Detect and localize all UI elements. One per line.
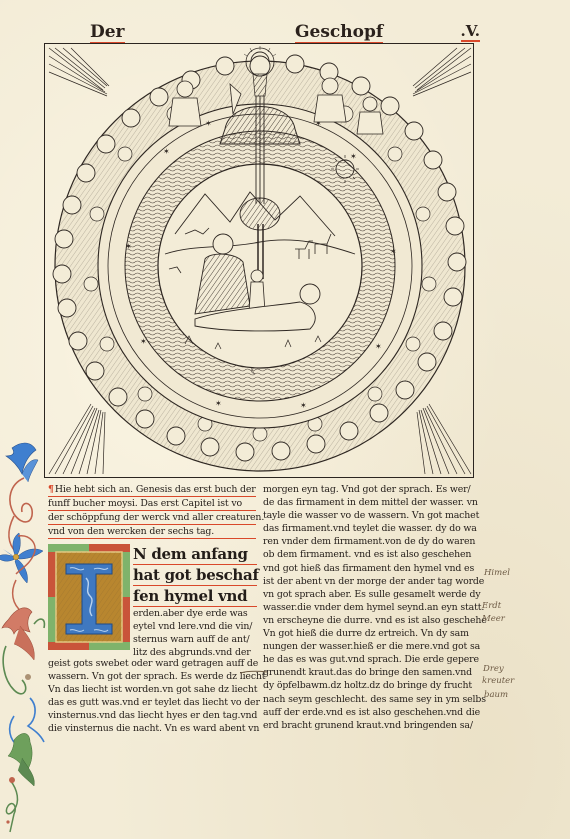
text-line: nungen der wasser.hieß er die mere.vnd g… [263,640,473,653]
woodcut-illustration: ✶✶ ✶✶ ✶✶ ✶✶ ✶✶ ☾ [45,44,475,478]
initial-letter-icon [48,544,130,650]
text-line: grunendt kraut.das do bringe den samen.v… [263,666,473,679]
wind-rays-bottom-right [417,404,471,474]
marginal-pointer [240,668,268,676]
text-line: eytel vnd lere.vnd die vin/ [133,620,257,633]
text-line: tayle die wasser vo de wassern. Vn got m… [263,509,473,522]
text-line: auff der erde.vnd es ist also geschehen.… [263,706,473,719]
rubric-heading-line: vnd von den wercken der sechs tag. [48,525,256,539]
text-line: Vn got hieß die durre dz ertreich. Vn dy… [263,627,473,640]
running-head-title: Geschopf [295,22,383,44]
marginal-note: Meer [482,614,505,625]
text-line: vnd got hieß das firmament den hymel vnd… [263,562,473,575]
wind-rays-top-right [413,48,471,96]
left-column: ¶Hie hebt sich an. Genesis das erst buch… [48,483,256,539]
text-line: de das firmament in dem mittel der wasse… [263,496,473,509]
marginal-note: kreuter [482,676,514,687]
opening-line: fen hymel vnd [133,586,257,607]
blue-flower-icon [0,533,43,583]
svg-text:✶: ✶ [375,342,382,351]
marginal-note: baum [484,690,508,701]
rubric-heading-line: ¶Hie hebt sich an. Genesis das erst buch… [48,483,256,497]
svg-text:✶: ✶ [215,399,222,408]
rubric-heading-line: der schöppfung der werck vnd aller creat… [48,511,256,525]
illuminated-initial [48,544,130,650]
folio-number: .V. [461,22,480,42]
svg-text:✶: ✶ [300,401,307,410]
running-head-left: Der [90,22,125,44]
opening-text: N dem anfang hat got beschaf fen hymel v… [133,544,257,659]
text-line: ob dem firmament. vnd es ist also gesche… [263,548,473,561]
text-line: vn erscheyne die durre. vnd es ist also … [263,614,473,627]
text-line: dy öpfelbawm.dz holtz.dz do bringe dy fr… [263,679,473,692]
text-line: Vn das liecht ist worden.vn got sahe dz … [48,683,258,696]
text-line: vinsternus.vnd das liecht hyes er den ta… [48,709,258,722]
text-line: geist gots swebet oder ward getragen auf… [48,657,258,670]
svg-text:✶: ✶ [350,152,357,161]
pilcrow-icon: ¶ [48,484,54,495]
text-line: wassern. Vn got der sprach. Es werde dz … [48,670,258,683]
marginal-note: Drey [483,664,504,675]
text-line: vn got sprach aber. Es sulle gesamelt we… [263,588,473,601]
text-line: ist der abent vn der morge der ander tag… [263,575,473,588]
svg-text:✶: ✶ [205,119,212,128]
rubric-heading-line: funff bucher moysi. Das erst Capitel ist… [48,497,256,511]
eve-figure [249,270,265,312]
opening-line: hat got beschaf [133,565,257,586]
left-column-body: geist gots swebet oder ward getragen auf… [48,657,258,736]
text-line: erd bracht grunend kraut.vnd bringenden … [263,719,473,732]
running-head: Der Geschopf .V. [90,22,480,44]
right-column: morgen eyn tag. Vnd got der sprach. Es w… [263,483,473,732]
creation-woodcut: ✶✶ ✶✶ ✶✶ ✶✶ ✶✶ ☾ [44,44,474,478]
marginal-note: Himel [484,568,510,579]
book-page: Der Geschopf .V. [0,0,570,839]
text-line: erden.aber dye erde was [133,607,257,620]
text-line: wasser.die vnder dem hymel seynd.an eyn … [263,601,473,614]
text-line: das firmament.vnd teylet die wasser. dy … [263,522,473,535]
text-line: he das es was gut.vnd sprach. Die erde g… [263,653,473,666]
wind-rays-bottom-left [49,404,105,474]
svg-text:✶: ✶ [163,147,170,156]
text-line: morgen eyn tag. Vnd got der sprach. Es w… [263,483,473,496]
text-line: die vinsternus die nacht. Vn es ward abe… [48,722,258,735]
illuminated-border [0,440,50,839]
text-line: das es gutt was.vnd er teylet das liecht… [48,696,258,709]
text-line: sternus warn auff de ant/ [133,633,257,646]
marginal-note: Erdt [482,601,501,612]
text-line: ren vnder dem firmament.von de dy do war… [263,535,473,548]
opening-line: N dem anfang [133,544,257,565]
text-line: nach seym geschlecht. des same sey in ym… [263,693,473,706]
wind-rays-top-left [49,48,109,96]
